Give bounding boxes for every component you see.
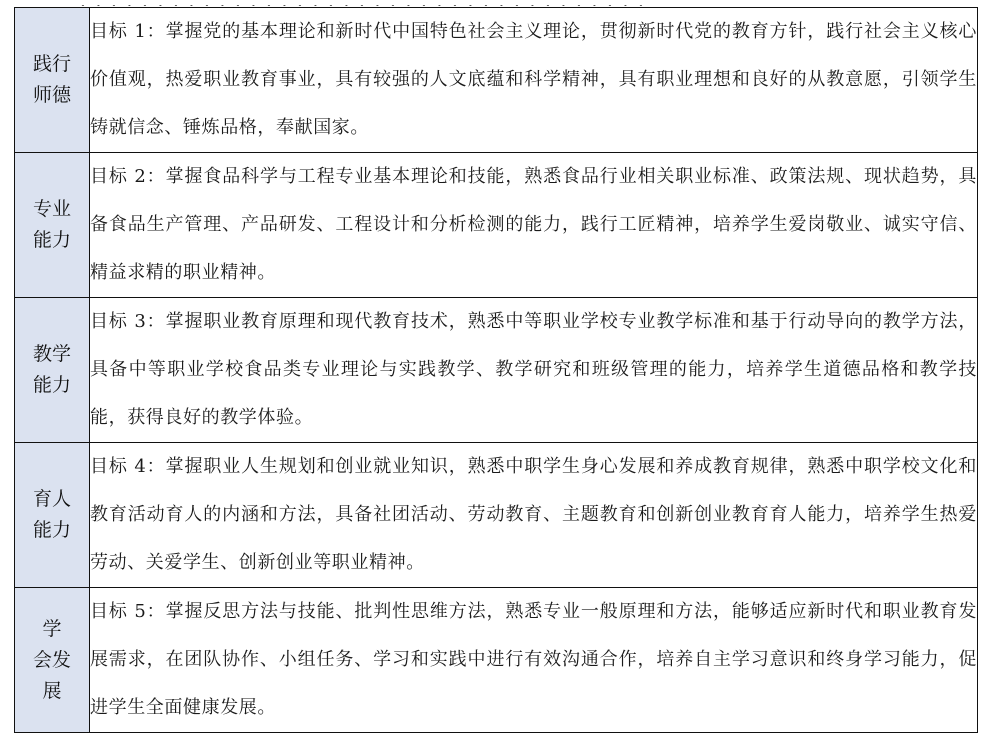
goal-prefix: 目标 1： (90, 21, 166, 42)
goal-prefix: 目标 5： (90, 601, 166, 622)
goal-prefix: 目标 4： (90, 456, 166, 477)
goal-prefix: 目标 2： (90, 166, 166, 187)
goal-row-ethics: 践行师德 目标 1：掌握党的基本理论和新时代中国特色社会主义理论，贯彻新时代党的… (15, 8, 978, 153)
goal-content-cell: 目标 1：掌握党的基本理论和新时代中国特色社会主义理论，贯彻新时代党的教育方针，… (90, 8, 978, 153)
goal-content-cell: 目标 2：掌握食品科学与工程专业基本理论和技能，熟悉食品行业相关职业标准、政策法… (90, 153, 978, 298)
goal-text: 掌握职业教育原理和现代教育技术，熟悉中等职业学校专业教学标准和基于行动导向的教学… (90, 311, 977, 428)
row-label-cell: 专业能力 (15, 153, 90, 298)
row-label: 育人能力 (30, 484, 74, 546)
row-label: 学 会发展 (30, 614, 74, 707)
goal-text: 掌握反思方法与技能、批判性思维方法，熟悉专业一般原理和方法，能够适应新时代和职业… (90, 601, 977, 718)
row-label: 教学能力 (30, 339, 74, 401)
row-label: 专业能力 (30, 194, 74, 256)
goal-row-professional: 专业能力 目标 2：掌握食品科学与工程专业基本理论和技能，熟悉食品行业相关职业标… (15, 153, 978, 298)
goal-text: 掌握食品科学与工程专业基本理论和技能，熟悉食品行业相关职业标准、政策法规、现状趋… (90, 166, 977, 283)
row-label-cell: 育人能力 (15, 443, 90, 588)
goal-row-nurturing: 育人能力 目标 4：掌握职业人生规划和创业就业知识，熟悉中职学生身心发展和养成教… (15, 443, 978, 588)
row-label-cell: 学 会发展 (15, 588, 90, 733)
goal-text: 掌握职业人生规划和创业就业知识，熟悉中职学生身心发展和养成教育规律，熟悉中职学校… (90, 456, 977, 573)
goal-content-cell: 目标 3：掌握职业教育原理和现代教育技术，熟悉中等职业学校专业教学标准和基于行动… (90, 298, 978, 443)
row-label-cell: 教学能力 (15, 298, 90, 443)
truncated-heading-text: ，，，，，，，，，，，，，，，，，，，，，，，，，，，，，，，，，，，，， (80, 0, 663, 6)
goal-content-cell: 目标 5：掌握反思方法与技能、批判性思维方法，熟悉专业一般原理和方法，能够适应新… (90, 588, 978, 733)
goal-row-teaching: 教学能力 目标 3：掌握职业教育原理和现代教育技术，熟悉中等职业学校专业教学标准… (15, 298, 978, 443)
goal-content-cell: 目标 4：掌握职业人生规划和创业就业知识，熟悉中职学生身心发展和养成教育规律，熟… (90, 443, 978, 588)
row-label-cell: 践行师德 (15, 8, 90, 153)
goal-row-development: 学 会发展 目标 5：掌握反思方法与技能、批判性思维方法，熟悉专业一般原理和方法… (15, 588, 978, 733)
row-label: 践行师德 (30, 49, 74, 111)
goal-text: 掌握党的基本理论和新时代中国特色社会主义理论，贯彻新时代党的教育方针，践行社会主… (90, 21, 977, 138)
truncated-heading-line: ，，，，，，，，，，，，，，，，，，，，，，，，，，，，，，，，，，，，， (0, 0, 988, 6)
goal-prefix: 目标 3： (90, 311, 166, 332)
training-goals-table: 践行师德 目标 1：掌握党的基本理论和新时代中国特色社会主义理论，贯彻新时代党的… (14, 7, 978, 733)
